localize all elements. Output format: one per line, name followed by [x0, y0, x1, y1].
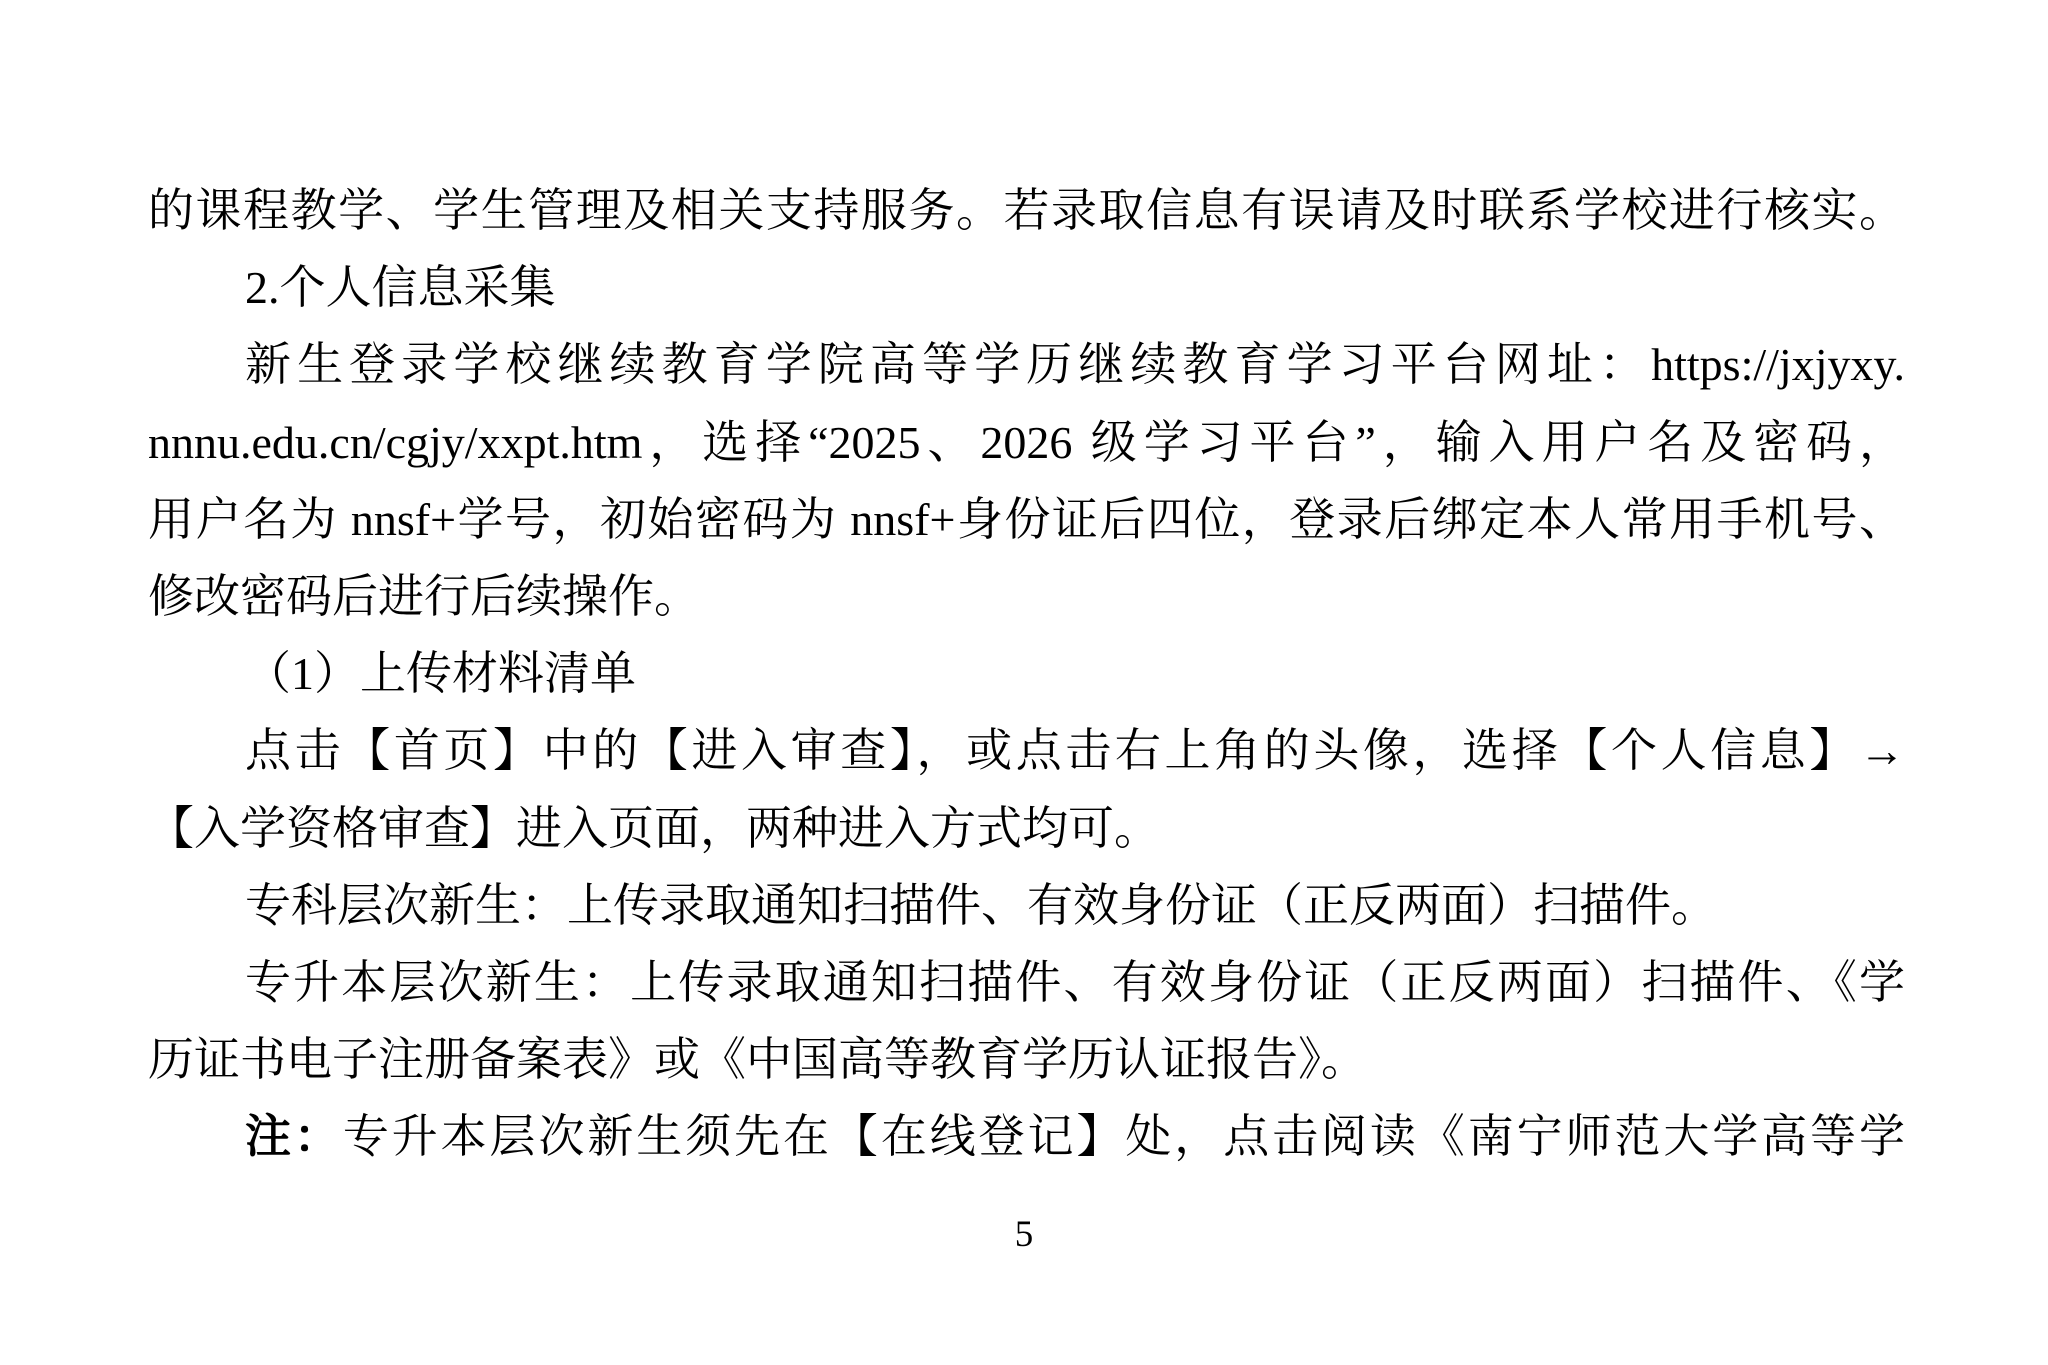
page-number: 5	[0, 1212, 2048, 1257]
text-line: 专升本层次新生：上传录取通知扫描件、有效身份证（正反两面）扫描件、《学	[148, 944, 1905, 1021]
text-line: 历证书电子注册备案表》或《中国高等教育学历认证报告》。	[148, 1021, 1905, 1098]
text-line: 的课程教学、学生管理及相关支持服务。若录取信息有误请及时联系学校进行核实。	[148, 172, 1905, 249]
text-line: 专科层次新生：上传录取通知扫描件、有效身份证（正反两面）扫描件。	[148, 867, 1905, 944]
text-line-url: nnnu.edu.cn/cgjy/xxpt.htm，选择“2025、2026 级…	[148, 404, 1905, 481]
section-heading-personal-info: 2.个人信息采集	[148, 249, 1905, 326]
document-page: 的课程教学、学生管理及相关支持服务。若录取信息有误请及时联系学校进行核实。 2.…	[0, 0, 2048, 1365]
text-line: 点击【首页】中的【进入审查】，或点击右上角的头像，选择【个人信息】→	[148, 712, 1905, 789]
note-label: 注：	[245, 1111, 343, 1162]
note-text: 专升本层次新生须先在【在线登记】处，点击阅读《南宁师范大学高等学	[343, 1111, 1905, 1162]
text-line: 修改密码后进行后续操作。	[148, 558, 1905, 635]
text-line-note: 注：专升本层次新生须先在【在线登记】处，点击阅读《南宁师范大学高等学	[148, 1098, 1905, 1175]
text-line: 用户名为 nnsf+学号，初始密码为 nnsf+身份证后四位，登录后绑定本人常用…	[148, 481, 1905, 558]
subsection-heading-upload-list: （1）上传材料清单	[148, 635, 1905, 712]
text-line: 【入学资格审查】进入页面，两种进入方式均可。	[148, 790, 1905, 867]
text-line: 新生登录学校继续教育学院高等学历继续教育学习平台网址：https://jxjyx…	[148, 326, 1905, 403]
document-body: 的课程教学、学生管理及相关支持服务。若录取信息有误请及时联系学校进行核实。 2.…	[148, 172, 1905, 1175]
